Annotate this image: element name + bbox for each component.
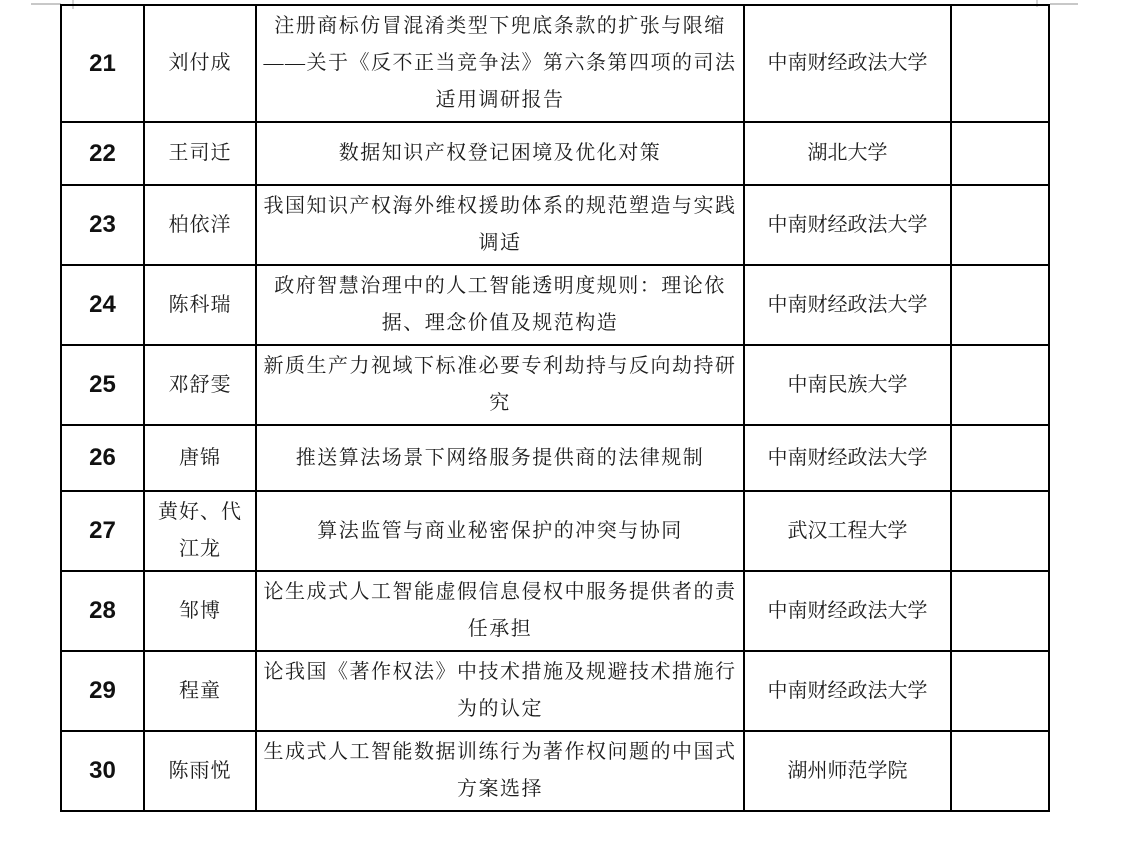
cell-title: 论生成式人工智能虚假信息侵权中服务提供者的责任承担	[256, 571, 744, 651]
cell-number: 21	[61, 5, 144, 122]
cell-title: 推送算法场景下网络服务提供商的法律规制	[256, 425, 744, 491]
cell-title: 论我国《著作权法》中技术措施及规避技术措施行为的认定	[256, 651, 744, 731]
cell-title: 我国知识产权海外维权援助体系的规范塑造与实践调适	[256, 185, 744, 265]
table-row: 30 陈雨悦 生成式人工智能数据训练行为著作权问题的中国式方案选择 湖州师范学院	[61, 731, 1049, 811]
cell-name: 陈科瑞	[144, 265, 256, 345]
table-row: 27 黄好、代江龙 算法监管与商业秘密保护的冲突与协同 武汉工程大学	[61, 491, 1049, 571]
cell-name: 唐锦	[144, 425, 256, 491]
cell-university: 中南财经政法大学	[744, 185, 951, 265]
cell-name: 程童	[144, 651, 256, 731]
cell-name: 刘付成	[144, 5, 256, 122]
table-row: 22 王司迁 数据知识产权登记困境及优化对策 湖北大学	[61, 122, 1049, 185]
table-row: 26 唐锦 推送算法场景下网络服务提供商的法律规制 中南财经政法大学	[61, 425, 1049, 491]
cell-title: 算法监管与商业秘密保护的冲突与协同	[256, 491, 744, 571]
table-row: 28 邹博 论生成式人工智能虚假信息侵权中服务提供者的责任承担 中南财经政法大学	[61, 571, 1049, 651]
cell-number: 27	[61, 491, 144, 571]
table-row: 21 刘付成 注册商标仿冒混淆类型下兜底条款的扩张与限缩——关于《反不正当竞争法…	[61, 5, 1049, 122]
cell-note	[951, 122, 1049, 185]
document-page: 21 刘付成 注册商标仿冒混淆类型下兜底条款的扩张与限缩——关于《反不正当竞争法…	[0, 0, 1121, 843]
cell-number: 22	[61, 122, 144, 185]
cell-number: 30	[61, 731, 144, 811]
cell-number: 26	[61, 425, 144, 491]
table-row: 24 陈科瑞 政府智慧治理中的人工智能透明度规则：理论依据、理念价值及规范构造 …	[61, 265, 1049, 345]
cell-note	[951, 491, 1049, 571]
cell-note	[951, 185, 1049, 265]
cell-note	[951, 265, 1049, 345]
cell-university: 武汉工程大学	[744, 491, 951, 571]
cell-note	[951, 571, 1049, 651]
cell-name: 陈雨悦	[144, 731, 256, 811]
cell-university: 中南财经政法大学	[744, 265, 951, 345]
cell-note	[951, 425, 1049, 491]
cell-number: 29	[61, 651, 144, 731]
cell-name: 邹博	[144, 571, 256, 651]
cell-title: 生成式人工智能数据训练行为著作权问题的中国式方案选择	[256, 731, 744, 811]
cell-name: 王司迁	[144, 122, 256, 185]
cell-number: 24	[61, 265, 144, 345]
cell-title: 政府智慧治理中的人工智能透明度规则：理论依据、理念价值及规范构造	[256, 265, 744, 345]
cell-title: 数据知识产权登记困境及优化对策	[256, 122, 744, 185]
cell-number: 23	[61, 185, 144, 265]
cell-note	[951, 345, 1049, 425]
cell-university: 湖北大学	[744, 122, 951, 185]
cell-university: 中南财经政法大学	[744, 425, 951, 491]
gridline-mark-top-left-horizontal	[31, 3, 61, 5]
cell-university: 湖州师范学院	[744, 731, 951, 811]
table-row: 23 柏依洋 我国知识产权海外维权援助体系的规范塑造与实践调适 中南财经政法大学	[61, 185, 1049, 265]
cell-name: 黄好、代江龙	[144, 491, 256, 571]
table-row: 25 邓舒雯 新质生产力视域下标准必要专利劫持与反向劫持研究 中南民族大学	[61, 345, 1049, 425]
cell-university: 中南财经政法大学	[744, 651, 951, 731]
cell-title: 新质生产力视域下标准必要专利劫持与反向劫持研究	[256, 345, 744, 425]
cell-title: 注册商标仿冒混淆类型下兜底条款的扩张与限缩——关于《反不正当竞争法》第六条第四项…	[256, 5, 744, 122]
cell-note	[951, 731, 1049, 811]
cell-note	[951, 651, 1049, 731]
cell-note	[951, 5, 1049, 122]
cell-university: 中南民族大学	[744, 345, 951, 425]
cell-name: 柏依洋	[144, 185, 256, 265]
cell-number: 25	[61, 345, 144, 425]
table-row: 29 程童 论我国《著作权法》中技术措施及规避技术措施行为的认定 中南财经政法大…	[61, 651, 1049, 731]
cell-university: 中南财经政法大学	[744, 571, 951, 651]
cell-name: 邓舒雯	[144, 345, 256, 425]
cell-university: 中南财经政法大学	[744, 5, 951, 122]
gridline-mark-top-right-horizontal	[1050, 3, 1078, 5]
cell-number: 28	[61, 571, 144, 651]
submissions-table: 21 刘付成 注册商标仿冒混淆类型下兜底条款的扩张与限缩——关于《反不正当竞争法…	[60, 4, 1050, 812]
